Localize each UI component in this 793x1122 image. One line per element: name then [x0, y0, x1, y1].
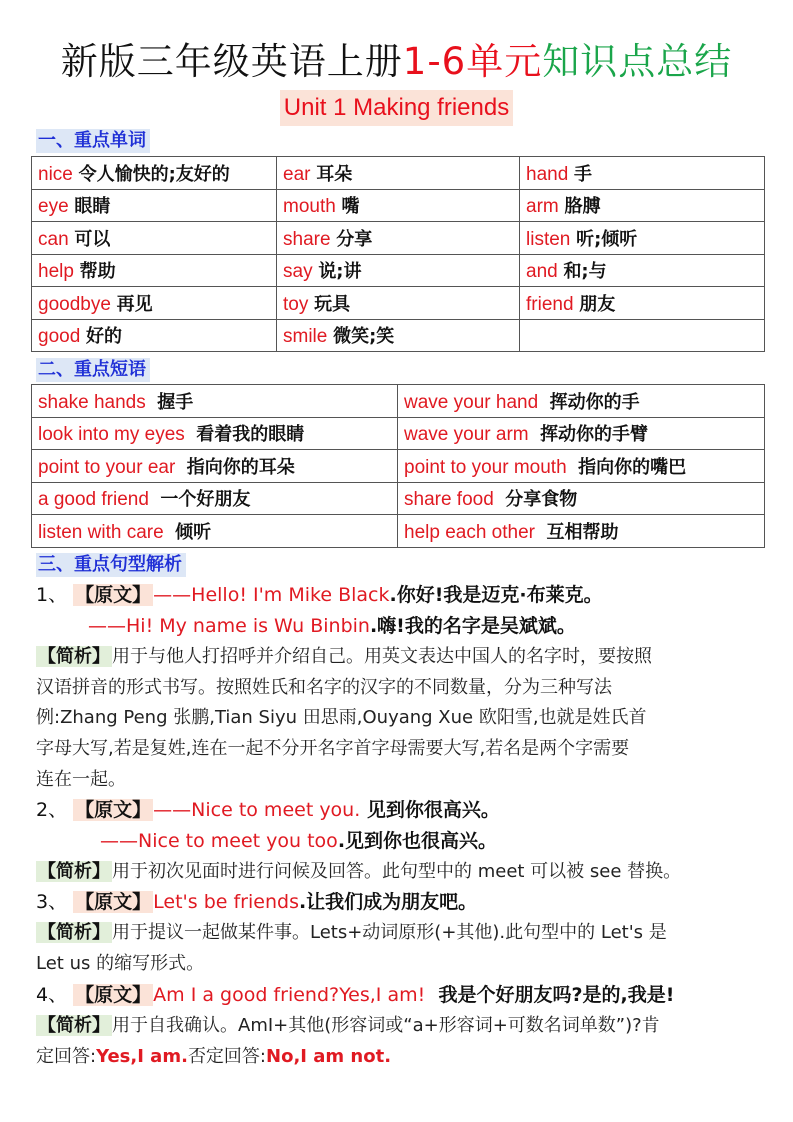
phrase-zh: 看着我的眼睛: [196, 424, 304, 445]
sentence-en: Hello! I'm Mike Black: [191, 584, 389, 606]
sentence-en: Am I a good friend?Yes,I am!: [153, 984, 425, 1006]
vocab-en: share: [283, 229, 331, 250]
item-number: 3、: [36, 891, 67, 913]
section-heading-vocabulary: 一、重点单词: [36, 129, 150, 153]
item-number: 1、: [36, 584, 67, 606]
vocab-zh: 令人愉快的;友好的: [79, 164, 230, 185]
original-label: 【原文】: [73, 799, 153, 821]
vocab-zh: 帮助: [80, 261, 116, 282]
vocab-en: hand: [526, 164, 568, 185]
table-row: a good friend 一个好朋友 share food 分享食物: [32, 482, 765, 515]
analysis-text: 字母大写,若是复姓,连在一起不分开名字首字母需要大写,若名是两个字需要: [36, 734, 758, 765]
sentence-2-original: 2、 【原文】——Nice to meet you. 见到你很高兴。: [36, 795, 500, 826]
phrase-zh: 分享食物: [505, 489, 577, 510]
phrase-cell: point to your ear 指向你的耳朵: [32, 450, 398, 483]
dash: ——: [100, 830, 138, 852]
sentence-zh: .让我们成为朋友吧。: [299, 891, 477, 913]
vocab-zh: 再见: [117, 294, 153, 315]
vocab-cell: say 说;讲: [277, 254, 520, 287]
phrase-cell: a good friend 一个好朋友: [32, 482, 398, 515]
phrase-en: listen with care: [38, 522, 164, 543]
vocab-cell: good 好的: [32, 319, 277, 352]
negative-answer: No,I am not.: [266, 1046, 391, 1067]
phrase-en: help each other: [404, 522, 535, 543]
vocab-en: nice: [38, 164, 73, 185]
phrase-zh: 一个好朋友: [160, 489, 250, 510]
sentence-zh: .你好!我是迈克·布莱克。: [389, 584, 602, 606]
vocab-en: mouth: [283, 196, 336, 217]
phrase-zh: 指向你的耳朵: [187, 457, 295, 478]
vocab-zh: 微笑;笑: [333, 326, 394, 347]
title-part-summary: 知识点总结: [542, 40, 732, 83]
analysis-text: Let us 的缩写形式。: [36, 949, 758, 980]
analysis-text: 定回答:: [36, 1046, 96, 1067]
phrase-en: shake hands: [38, 392, 146, 413]
vocab-cell: listen 听;倾听: [520, 222, 765, 255]
table-row: point to your ear 指向你的耳朵 point to your m…: [32, 450, 765, 483]
phrases-table: shake hands 握手 wave your hand 挥动你的手 look…: [31, 384, 765, 548]
title-part-grade: 新版三年级英语上册: [61, 40, 403, 83]
table-row: listen with care 倾听 help each other 互相帮助: [32, 515, 765, 548]
vocab-cell: goodbye 再见: [32, 287, 277, 320]
phrase-en: point to your mouth: [404, 457, 567, 478]
vocab-zh: 听;倾听: [576, 229, 637, 250]
table-row: shake hands 握手 wave your hand 挥动你的手: [32, 385, 765, 418]
analysis-text: 用于提议一起做某件事。Lets+动词原形(+其他).此句型中的 Let's 是: [112, 922, 667, 943]
vocab-cell: eye 眼睛: [32, 189, 277, 222]
vocab-cell: hand 手: [520, 157, 765, 190]
sentence-en: Nice to meet you.: [191, 799, 360, 821]
table-row: look into my eyes 看着我的眼睛 wave your arm 挥…: [32, 417, 765, 450]
phrase-cell: shake hands 握手: [32, 385, 398, 418]
vocab-cell: friend 朋友: [520, 287, 765, 320]
phrase-zh: 挥动你的手臂: [540, 424, 648, 445]
item-number: 2、: [36, 799, 67, 821]
analysis-label: 【简析】: [36, 1015, 112, 1036]
phrase-cell: help each other 互相帮助: [398, 515, 765, 548]
original-label: 【原文】: [73, 984, 153, 1006]
sentence-3-analysis: 【简析】用于提议一起做某件事。Lets+动词原形(+其他).此句型中的 Let'…: [36, 918, 758, 979]
vocab-cell: ear 耳朵: [277, 157, 520, 190]
vocab-en: goodbye: [38, 294, 111, 315]
vocab-en: eye: [38, 196, 69, 217]
analysis-label: 【简析】: [36, 922, 112, 943]
unit-title-wrap: Unit 1 Making friends: [0, 90, 793, 126]
table-row: help 帮助 say 说;讲 and 和;与: [32, 254, 765, 287]
vocab-cell: toy 玩具: [277, 287, 520, 320]
vocab-en: ear: [283, 164, 310, 185]
phrase-zh: 握手: [157, 392, 193, 413]
analysis-text: 汉语拼音的形式书写。按照姓氏和名字的汉字的不同数量，分为三种写法: [36, 673, 758, 704]
sentence-zh: .见到你也很高兴。: [338, 830, 497, 852]
title-part-units: 1-6单元: [403, 40, 542, 83]
vocab-en: friend: [526, 294, 574, 315]
vocab-en: help: [38, 261, 74, 282]
phrase-en: wave your hand: [404, 392, 538, 413]
vocab-cell: smile 微笑;笑: [277, 319, 520, 352]
vocabulary-table: nice 令人愉快的;友好的 ear 耳朵 hand 手 eye 眼睛 mout…: [31, 156, 765, 352]
phrase-zh: 倾听: [175, 522, 211, 543]
sentence-2-reply: ——Nice to meet you too.见到你也很高兴。: [100, 826, 497, 857]
table-row: can 可以 share 分享 listen 听;倾听: [32, 222, 765, 255]
table-row: good 好的 smile 微笑;笑: [32, 319, 765, 352]
table-row: nice 令人愉快的;友好的 ear 耳朵 hand 手: [32, 157, 765, 190]
vocab-zh: 胳膊: [564, 196, 600, 217]
section-heading-sentences: 三、重点句型解析: [36, 553, 186, 577]
phrase-cell: look into my eyes 看着我的眼睛: [32, 417, 398, 450]
sentence-1-original: 1、 【原文】——Hello! I'm Mike Black.你好!我是迈克·布…: [36, 580, 603, 611]
sentence-2-analysis: 【简析】用于初次见面时进行问候及回答。此句型中的 meet 可以被 see 替换…: [36, 857, 758, 888]
vocab-en: smile: [283, 326, 327, 347]
vocab-cell: can 可以: [32, 222, 277, 255]
page-title: 新版三年级英语上册1-6单元知识点总结: [0, 38, 793, 86]
original-label: 【原文】: [73, 891, 153, 913]
sentence-en: Hi! My name is Wu Binbin: [126, 615, 370, 637]
vocab-zh: 说;讲: [318, 261, 361, 282]
phrase-cell: wave your hand 挥动你的手: [398, 385, 765, 418]
analysis-text: 用于初次见面时进行问候及回答。此句型中的 meet 可以被 see 替换。: [112, 861, 681, 882]
vocab-cell: share 分享: [277, 222, 520, 255]
vocab-en: good: [38, 326, 80, 347]
phrase-zh: 互相帮助: [546, 522, 618, 543]
phrase-cell: point to your mouth 指向你的嘴巴: [398, 450, 765, 483]
sentence-zh: 见到你很高兴。: [360, 799, 500, 821]
sentence-en: Nice to meet you too: [138, 830, 338, 852]
sentence-4-analysis: 【简析】用于自我确认。AmI+其他(形容词或“a+形容词+可数名词单数”)?肯 …: [36, 1011, 758, 1072]
vocab-cell: help 帮助: [32, 254, 277, 287]
phrase-en: look into my eyes: [38, 424, 185, 445]
dash: ——: [153, 584, 191, 606]
vocab-zh: 眼睛: [74, 196, 110, 217]
sentence-1-analysis: 【简析】用于与他人打招呼并介绍自己。用英文表达中国人的名字时，要按照 汉语拼音的…: [36, 642, 758, 796]
analysis-text: 例:Zhang Peng 张鹏,Tian Siyu 田思雨,Ouyang Xue…: [36, 703, 758, 734]
phrase-cell: wave your arm 挥动你的手臂: [398, 417, 765, 450]
vocab-cell: arm 胳膊: [520, 189, 765, 222]
vocab-en: and: [526, 261, 558, 282]
analysis-label: 【简析】: [36, 861, 112, 882]
phrase-en: share food: [404, 489, 494, 510]
positive-answer: Yes,I am.: [96, 1046, 188, 1067]
vocab-en: can: [38, 229, 69, 250]
phrase-en: point to your ear: [38, 457, 175, 478]
vocab-en: listen: [526, 229, 570, 250]
phrase-zh: 挥动你的手: [550, 392, 640, 413]
phrase-en: a good friend: [38, 489, 149, 510]
unit-title: Unit 1 Making friends: [280, 90, 513, 126]
table-row: eye 眼睛 mouth 嘴 arm 胳膊: [32, 189, 765, 222]
vocab-zh: 朋友: [579, 294, 615, 315]
analysis-text: 用于自我确认。AmI+其他(形容词或“a+形容词+可数名词单数”)?肯: [112, 1015, 660, 1036]
vocab-en: arm: [526, 196, 559, 217]
sentence-1-reply: ——Hi! My name is Wu Binbin.嗨!我的名字是吴斌斌。: [88, 611, 576, 642]
vocab-cell: nice 令人愉快的;友好的: [32, 157, 277, 190]
phrase-cell: share food 分享食物: [398, 482, 765, 515]
vocab-zh: 分享: [336, 229, 372, 250]
section-heading-phrases: 二、重点短语: [36, 358, 150, 382]
dash: ——: [153, 799, 191, 821]
vocab-zh: 手: [574, 164, 592, 185]
vocab-zh: 玩具: [314, 294, 350, 315]
dash: ——: [88, 615, 126, 637]
vocab-zh: 可以: [74, 229, 110, 250]
vocab-zh: 嘴: [342, 196, 360, 217]
sentence-4-original: 4、 【原文】Am I a good friend?Yes,I am! 我是个好…: [36, 980, 674, 1011]
phrase-en: wave your arm: [404, 424, 529, 445]
vocab-en: toy: [283, 294, 308, 315]
vocab-cell: and 和;与: [520, 254, 765, 287]
vocab-zh: 和;与: [563, 261, 606, 282]
table-row: goodbye 再见 toy 玩具 friend 朋友: [32, 287, 765, 320]
phrase-cell: listen with care 倾听: [32, 515, 398, 548]
sentence-3-original: 3、 【原文】Let's be friends.让我们成为朋友吧。: [36, 887, 477, 918]
vocab-zh: 耳朵: [316, 164, 352, 185]
vocab-en: say: [283, 261, 313, 282]
analysis-text: 用于与他人打招呼并介绍自己。用英文表达中国人的名字时，要按照: [112, 646, 652, 667]
vocab-cell-empty: [520, 319, 765, 352]
analysis-text: 连在一起。: [36, 765, 758, 796]
analysis-text: 否定回答:: [188, 1046, 266, 1067]
sentence-zh: .嗨!我的名字是吴斌斌。: [370, 615, 576, 637]
phrase-zh: 指向你的嘴巴: [578, 457, 686, 478]
analysis-label: 【简析】: [36, 646, 112, 667]
sentence-zh: 我是个好朋友吗?是的,我是!: [425, 984, 674, 1006]
vocab-cell: mouth 嘴: [277, 189, 520, 222]
vocab-zh: 好的: [86, 326, 122, 347]
sentence-en: Let's be friends: [153, 891, 299, 913]
original-label: 【原文】: [73, 584, 153, 606]
item-number: 4、: [36, 984, 67, 1006]
